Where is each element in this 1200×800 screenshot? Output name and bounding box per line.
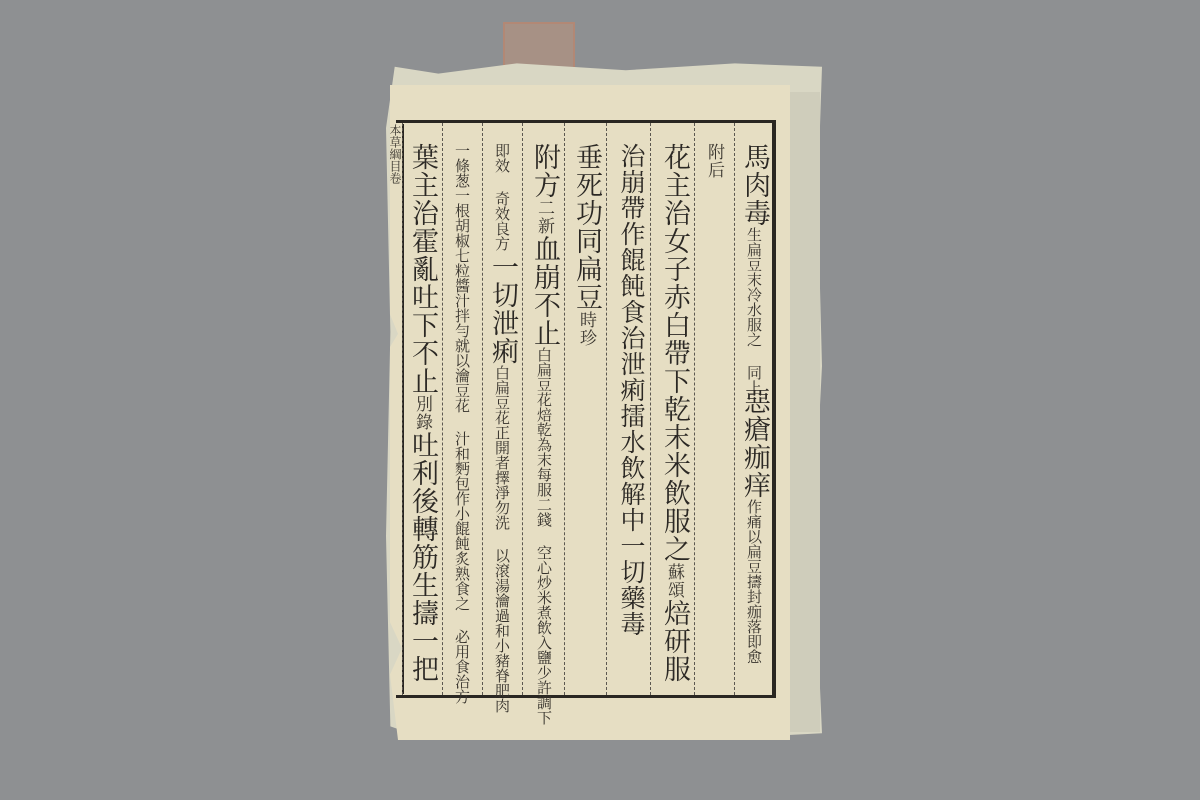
column-main-text: 血崩不止 [529, 235, 560, 347]
mounting-flap [790, 92, 820, 732]
column-note: 生扁豆末冷水服之 同上 [745, 227, 762, 387]
text-column-9: 葉主治霍亂吐下不止別錄吐利後轉筋生擣一把 [402, 123, 442, 695]
text-column-8: 一條葱一根胡椒七粒醬汁拌勻就以瀹豆花 汁和麪包作小餛飩炙熟食之 必用食治方 [442, 123, 482, 695]
column-main-text: 一切泄痢 [487, 253, 518, 365]
column-note: 別錄 [412, 395, 432, 431]
column-note: 即效 奇效良方 [493, 143, 510, 253]
column-note: 二新 [534, 199, 554, 235]
text-column-6: 附方二新血崩不止白扁豆花焙乾為末每服二錢 空心炒米煮飲入鹽少許調下 [522, 123, 564, 695]
column-main-text: 花主治女子赤白帶下乾末米飲服之 [659, 143, 690, 563]
text-column-3: 花主治女子赤白帶下乾末米飲服之蘇頌焙研服 [650, 123, 694, 695]
column-main-text: 吐利後轉筋生擣一把 [407, 431, 438, 683]
column-main-text: 治崩帶作餛飩食治泄痢擂水飲解中一切藥毒 [617, 143, 646, 637]
column-main-text: 垂死功同扁豆 [571, 143, 602, 311]
text-column-7: 即效 奇效良方一切泄痢白扁豆花正開者擇淨勿洗 以滾湯瀹過和小豬脊肥肉 [482, 123, 522, 695]
column-main-text: 葉主治霍亂吐下不止 [407, 143, 438, 395]
column-note: 白扁豆花正開者擇淨勿洗 以滾湯瀹過和小豬脊肥肉 [493, 365, 510, 665]
column-note: 一條葱一根胡椒七粒醬汁拌勻就以瀹豆花 汁和麪包作小餛飩炙熟食之 必用食治方 [453, 143, 470, 663]
text-column-1: 馬肉毒生扁豆末冷水服之 同上惡瘡痂痒作痛以扁豆擣封痂落即愈 [734, 123, 774, 695]
column-note: 時珍 [576, 311, 596, 347]
column-note: 白扁豆花焙乾為末每服二錢 空心炒米煮飲入鹽少許調下 [535, 347, 552, 647]
column-note: 作痛以扁豆擣封痂落即愈 [745, 499, 762, 689]
column-main-text: 附方 [529, 143, 560, 199]
column-note: 蘇頌 [664, 563, 684, 599]
text-column-5: 垂死功同扁豆時珍 [564, 123, 606, 695]
column-main-text: 馬肉毒 [739, 143, 770, 227]
column-main-text: 焙研服 [659, 599, 690, 683]
column-main-text: 惡瘡痂痒 [739, 387, 770, 499]
text-column-2: 附后 [694, 123, 734, 695]
column-note: 附后 [704, 143, 724, 179]
text-column-4: 治崩帶作餛飩食治泄痢擂水飲解中一切藥毒 [606, 123, 650, 695]
